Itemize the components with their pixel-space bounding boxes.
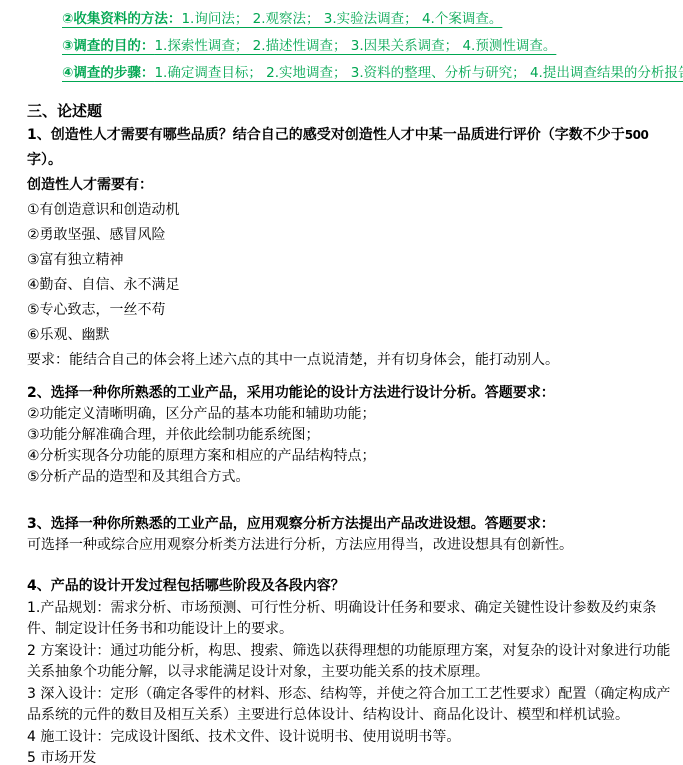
question-4: 4、产品的设计开发过程包括哪些阶段及各段内容？ 1.产品规划：需求分析、市场预测… (27, 576, 675, 765)
question-1: 1、创造性人才需要有哪些品质？结合自己的感受对创造性人才中某一品质进行评价（字数… (27, 123, 675, 373)
note-content: 1.探索性调查； 2.描述性调查； 3.因果关系调查； 4.预测性调查。 (154, 38, 556, 54)
note-label: ②收集资料的方法： (62, 11, 181, 27)
list-item: ⑤专心致志，一丝不苟 (27, 298, 675, 323)
list-item: ⑥乐观、幽默 (27, 323, 675, 348)
stage-item-construction-design: 4 施工设计：完成设计图纸、技术文件、设计说明书、使用说明书等。 (27, 727, 675, 749)
question-1-title: 1、创造性人才需要有哪些品质？结合自己的感受对创造性人才中某一品质进行评价（字数… (27, 123, 675, 173)
word-count-value: 500 (625, 128, 649, 142)
note-line-collect-methods: ②收集资料的方法：1.询问法； 2.观察法； 3.实验法调查； 4.个案调查。 (62, 6, 675, 33)
section-title: 三、论述题 (27, 99, 675, 123)
list-item: ②勇敢坚强、感冒风险 (27, 223, 675, 248)
list-item: ④分析实现各分功能的原理方案和相应的产品结构特点； (27, 446, 675, 467)
question-1-title-pre: 1、创造性人才需要有哪些品质？结合自己的感受对创造性人才中某一品质进行评价（字数… (27, 127, 625, 143)
list-item: ①有创造意识和创造动机 (27, 198, 675, 223)
note-line-survey-purpose: ③调查的目的：1.探索性调查； 2.描述性调查； 3.因果关系调查； 4.预测性… (62, 33, 675, 60)
question-1-subtitle: 创造性人才需要有： (27, 173, 675, 198)
list-item: ④勤奋、自信、永不满足 (27, 273, 675, 298)
list-item: ⑤分析产品的造型和及其组合方式。 (27, 467, 675, 488)
list-item: ③富有独立精神 (27, 248, 675, 273)
question-3-title: 3、选择一种你所熟悉的工业产品，应用观察分析方法提出产品改进设想。答题要求： (27, 514, 675, 535)
question-1-title-post: 字）。 (27, 152, 62, 168)
question-4-title: 4、产品的设计开发过程包括哪些阶段及各段内容？ (27, 576, 675, 598)
list-item: ②功能定义清晰明确，区分产品的基本功能和辅助功能； (27, 404, 675, 425)
stage-item-scheme-design: 2 方案设计：通过功能分析，构思、搜索、筛选以获得理想的功能原理方案，对复杂的设… (27, 641, 675, 684)
note-label: ④调查的步骤： (62, 65, 154, 81)
note-content: 1.确定调查目标； 2.实地调查； 3.资料的整理、分析与研究； 4.提出调查结… (154, 65, 683, 81)
list-item: ③功能分解准确合理，并依此绘制功能系统图； (27, 425, 675, 446)
stage-item-product-planning: 1.产品规划：需求分析、市场预测、可行性分析、明确设计任务和要求、确定关键性设计… (27, 598, 675, 641)
note-line-survey-steps: ④调查的步骤：1.确定调查目标； 2.实地调查； 3.资料的整理、分析与研究； … (62, 60, 675, 87)
note-label: ③调查的目的： (62, 38, 154, 54)
document-page: ②收集资料的方法：1.询问法； 2.观察法； 3.实验法调查； 4.个案调查。 … (0, 0, 683, 765)
stage-item-market-development: 5 市场开发 (27, 748, 675, 765)
stage-item-detailed-design: 3 深入设计：定形（确定各零件的材料、形态、结构等，并使之符合加工工艺性要求）配… (27, 684, 675, 727)
question-2: 2、选择一种你所熟悉的工业产品，采用功能论的设计方法进行设计分析。答题要求： ②… (27, 383, 675, 488)
question-1-requirement: 要求：能结合自己的体会将上述六点的其中一点说清楚，并有切身体会，能打动别人。 (27, 348, 675, 373)
question-3: 3、选择一种你所熟悉的工业产品，应用观察分析方法提出产品改进设想。答题要求： 可… (27, 514, 675, 556)
note-content: 1.询问法； 2.观察法； 3.实验法调查； 4.个案调查。 (181, 11, 502, 27)
question-3-answer: 可选择一种或综合应用观察分析类方法进行分析，方法应用得当，改进设想具有创新性。 (27, 535, 675, 556)
question-2-title: 2、选择一种你所熟悉的工业产品，采用功能论的设计方法进行设计分析。答题要求： (27, 383, 675, 404)
notes-block: ②收集资料的方法：1.询问法； 2.观察法； 3.实验法调查； 4.个案调查。 … (62, 6, 675, 87)
